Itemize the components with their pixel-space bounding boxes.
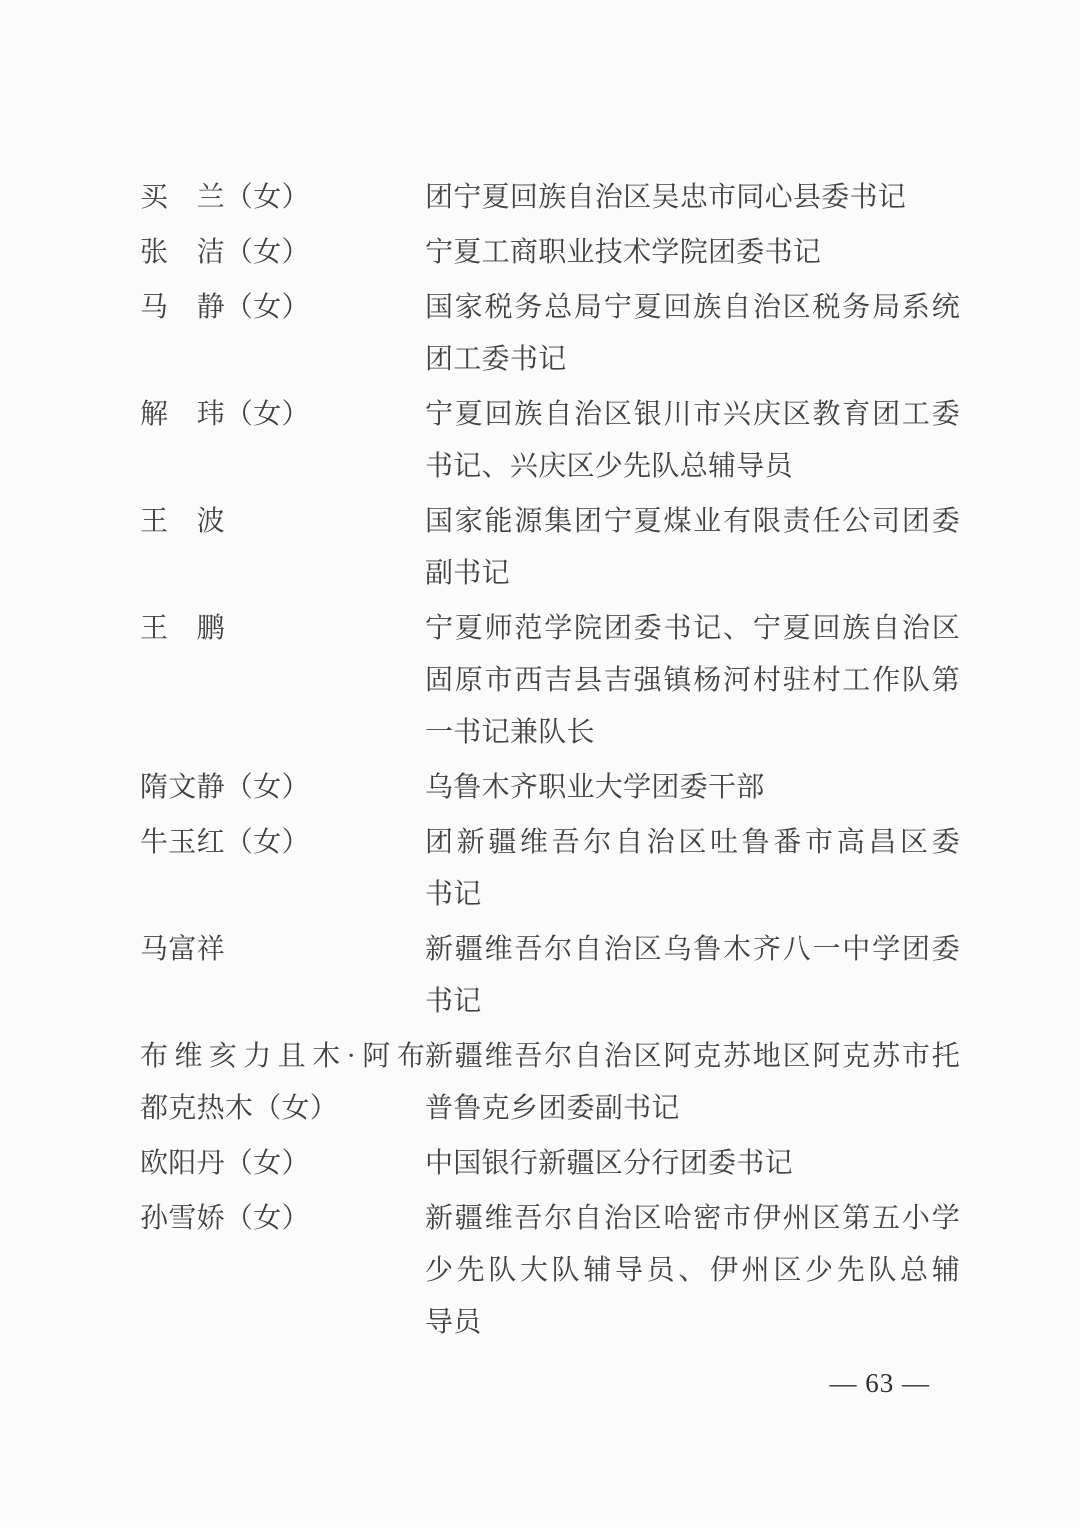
position-line: 乌鲁木齐职业大学团委干部 — [425, 762, 960, 814]
name-line: 牛玉红（女） — [140, 817, 425, 869]
name-cell: 牛玉红（女） — [140, 817, 425, 869]
roster: 买 兰（女）团宁夏回族自治区吴忠市同心县委书记张 洁（女）宁夏工商职业技术学院团… — [140, 172, 960, 1352]
position-line: 书记 — [425, 869, 960, 921]
name-line: 解 玮（女） — [140, 389, 425, 441]
position-line: 中国银行新疆区分行团委书记 — [425, 1138, 960, 1190]
position-line: 普鲁克乡团委副书记 — [425, 1083, 960, 1135]
name-cell: 买 兰（女） — [140, 172, 425, 224]
position-line: 宁夏工商职业技术学院团委书记 — [425, 227, 960, 279]
name-cell: 张 洁（女） — [140, 227, 425, 279]
name-cell: 隋文静（女） — [140, 762, 425, 814]
position-line: 新疆维吾尔自治区乌鲁木齐八一中学团委 — [425, 924, 960, 976]
roster-row: 解 玮（女）宁夏回族自治区银川市兴庆区教育团工委书记、兴庆区少先队总辅导员 — [140, 389, 960, 493]
position-cell: 新疆维吾尔自治区哈密市伊州区第五小学少先队大队辅导员、伊州区少先队总辅导员 — [425, 1193, 960, 1349]
name-line: 欧阳丹（女） — [140, 1138, 425, 1190]
roster-row: 王 波国家能源集团宁夏煤业有限责任公司团委副书记 — [140, 496, 960, 600]
position-line: 团新疆维吾尔自治区吐鲁番市高昌区委 — [425, 817, 960, 869]
position-line: 固原市西吉县吉强镇杨河村驻村工作队第 — [425, 655, 960, 707]
name-cell: 马 静（女） — [140, 282, 425, 334]
position-cell: 宁夏师范学院团委书记、宁夏回族自治区固原市西吉县吉强镇杨河村驻村工作队第一书记兼… — [425, 603, 960, 759]
name-cell: 解 玮（女） — [140, 389, 425, 441]
position-line: 团工委书记 — [425, 334, 960, 386]
position-cell: 新疆维吾尔自治区乌鲁木齐八一中学团委书记 — [425, 924, 960, 1028]
name-line: 孙雪娇（女） — [140, 1193, 425, 1245]
name-line: 隋文静（女） — [140, 762, 425, 814]
roster-row: 孙雪娇（女）新疆维吾尔自治区哈密市伊州区第五小学少先队大队辅导员、伊州区少先队总… — [140, 1193, 960, 1349]
roster-row: 布维亥力且木·阿布都克热木（女）新疆维吾尔自治区阿克苏地区阿克苏市托普鲁克乡团委… — [140, 1031, 960, 1135]
position-cell: 宁夏工商职业技术学院团委书记 — [425, 227, 960, 279]
position-cell: 宁夏回族自治区银川市兴庆区教育团工委书记、兴庆区少先队总辅导员 — [425, 389, 960, 493]
name-cell: 布维亥力且木·阿布都克热木（女） — [140, 1031, 425, 1135]
position-line: 书记、兴庆区少先队总辅导员 — [425, 441, 960, 493]
roster-row: 隋文静（女）乌鲁木齐职业大学团委干部 — [140, 762, 960, 814]
position-cell: 国家能源集团宁夏煤业有限责任公司团委副书记 — [425, 496, 960, 600]
roster-row: 欧阳丹（女）中国银行新疆区分行团委书记 — [140, 1138, 960, 1190]
name-cell: 王 波 — [140, 496, 425, 548]
position-line: 宁夏师范学院团委书记、宁夏回族自治区 — [425, 603, 960, 655]
position-line: 一书记兼队长 — [425, 707, 960, 759]
name-line: 买 兰（女） — [140, 172, 425, 224]
name-line: 马富祥 — [140, 924, 425, 976]
position-line: 导员 — [425, 1297, 960, 1349]
roster-row: 牛玉红（女）团新疆维吾尔自治区吐鲁番市高昌区委书记 — [140, 817, 960, 921]
position-cell: 乌鲁木齐职业大学团委干部 — [425, 762, 960, 814]
position-line: 书记 — [425, 976, 960, 1028]
name-cell: 欧阳丹（女） — [140, 1138, 425, 1190]
position-line: 国家税务总局宁夏回族自治区税务局系统 — [425, 282, 960, 334]
name-line: 张 洁（女） — [140, 227, 425, 279]
position-line: 团宁夏回族自治区吴忠市同心县委书记 — [425, 172, 960, 224]
position-cell: 团新疆维吾尔自治区吐鲁番市高昌区委书记 — [425, 817, 960, 921]
roster-row: 王 鹏宁夏师范学院团委书记、宁夏回族自治区固原市西吉县吉强镇杨河村驻村工作队第一… — [140, 603, 960, 759]
position-line: 宁夏回族自治区银川市兴庆区教育团工委 — [425, 389, 960, 441]
name-line: 王 波 — [140, 496, 425, 548]
name-line: 马 静（女） — [140, 282, 425, 334]
position-cell: 国家税务总局宁夏回族自治区税务局系统团工委书记 — [425, 282, 960, 386]
position-line: 少先队大队辅导员、伊州区少先队总辅 — [425, 1245, 960, 1297]
roster-row: 马 静（女）国家税务总局宁夏回族自治区税务局系统团工委书记 — [140, 282, 960, 386]
position-cell: 团宁夏回族自治区吴忠市同心县委书记 — [425, 172, 960, 224]
position-line: 副书记 — [425, 548, 960, 600]
position-line: 国家能源集团宁夏煤业有限责任公司团委 — [425, 496, 960, 548]
position-cell: 新疆维吾尔自治区阿克苏地区阿克苏市托普鲁克乡团委副书记 — [425, 1031, 960, 1135]
name-cell: 孙雪娇（女） — [140, 1193, 425, 1245]
roster-row: 张 洁（女）宁夏工商职业技术学院团委书记 — [140, 227, 960, 279]
document-page: 买 兰（女）团宁夏回族自治区吴忠市同心县委书记张 洁（女）宁夏工商职业技术学院团… — [0, 0, 1080, 1527]
page-number: — 63 — — [830, 1368, 931, 1398]
name-line: 都克热木（女） — [140, 1083, 425, 1135]
name-cell: 马富祥 — [140, 924, 425, 976]
roster-row: 马富祥新疆维吾尔自治区乌鲁木齐八一中学团委书记 — [140, 924, 960, 1028]
position-line: 新疆维吾尔自治区哈密市伊州区第五小学 — [425, 1193, 960, 1245]
name-cell: 王 鹏 — [140, 603, 425, 655]
position-cell: 中国银行新疆区分行团委书记 — [425, 1138, 960, 1190]
name-line: 布维亥力且木·阿布 — [140, 1031, 425, 1083]
position-line: 新疆维吾尔自治区阿克苏地区阿克苏市托 — [425, 1031, 960, 1083]
roster-row: 买 兰（女）团宁夏回族自治区吴忠市同心县委书记 — [140, 172, 960, 224]
name-line: 王 鹏 — [140, 603, 425, 655]
